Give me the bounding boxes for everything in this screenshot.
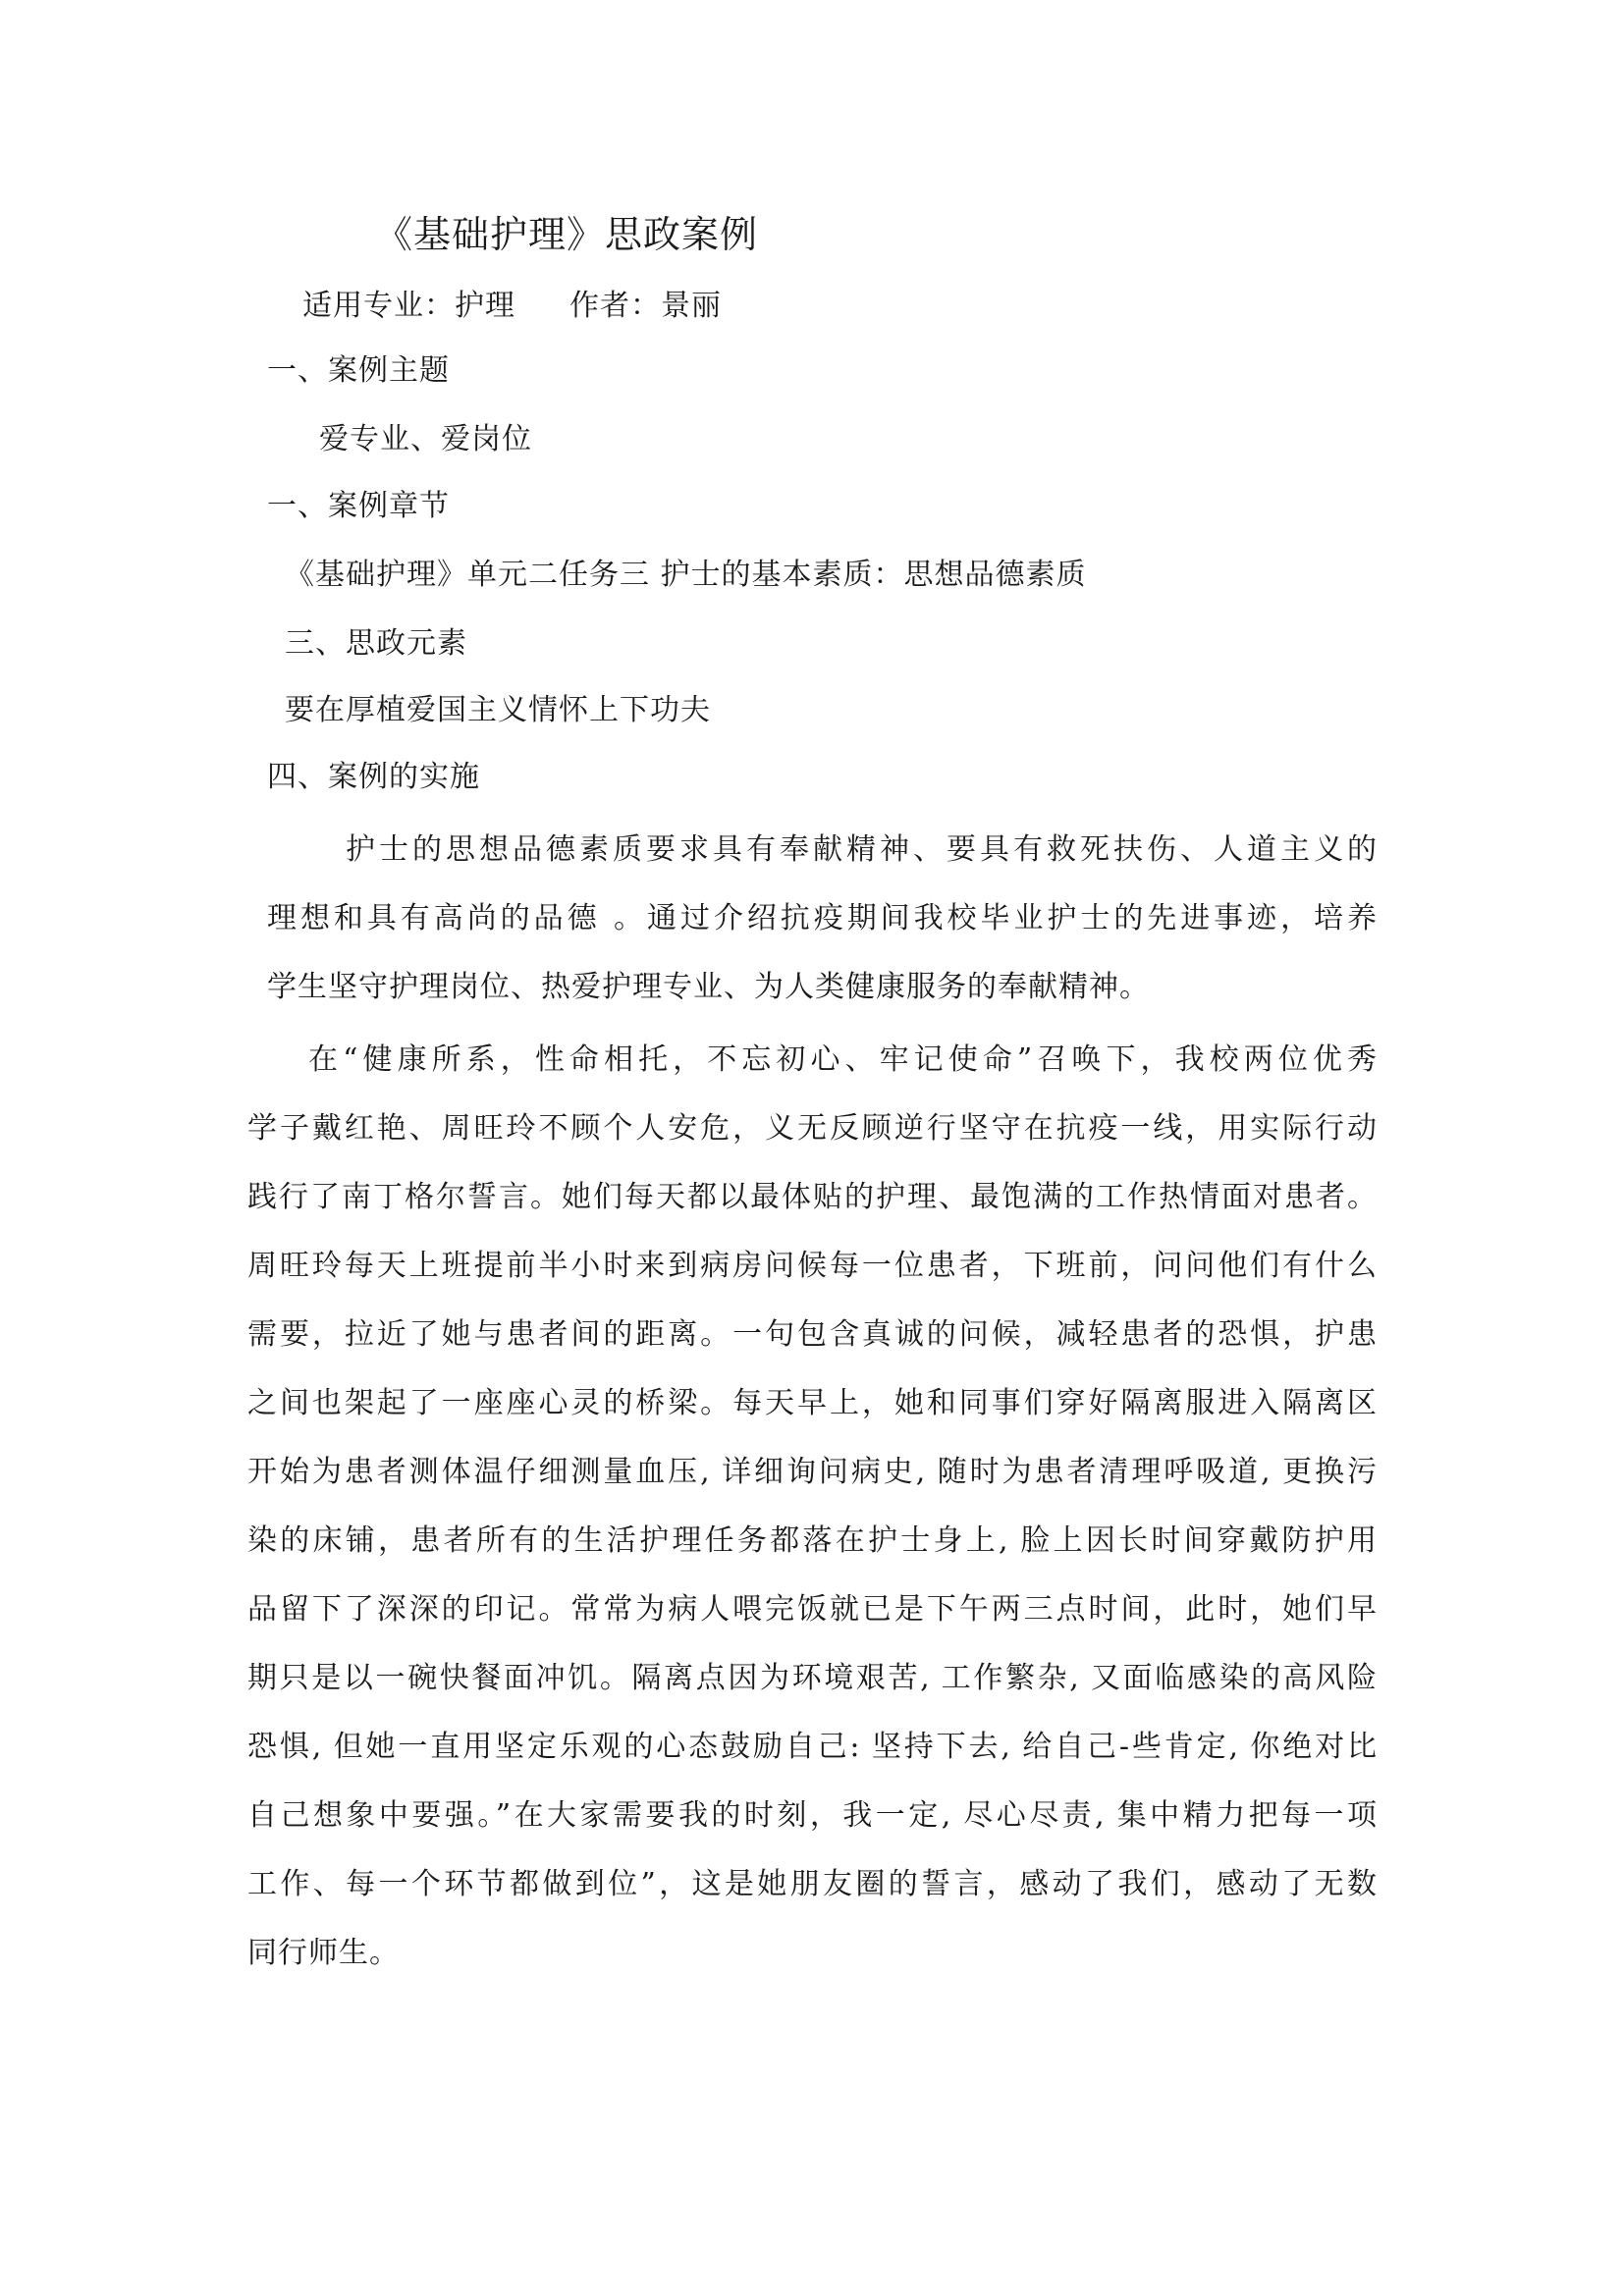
paragraph-line: 品留下了深深的印记。常常为病人喂完饭就已是下午两三点时间，此时，她们早 — [247, 1590, 1377, 1629]
section-heading-elements: 三、思政元素 — [285, 624, 467, 664]
paragraph-line: 工作、每一个环节都做到位”，这是她朋友圈的誓言，感动了我们，感动了无数 — [247, 1865, 1377, 1904]
section-heading-theme: 一、案例主题 — [267, 351, 450, 391]
paragraph-line: 学子戴红艳、周旺玲不顾个人安危，义无反顾逆行坚守在抗疫一线，用实际行动 — [247, 1109, 1377, 1148]
section-content-elements: 要在厚植爱国主义情怀上下功夫 — [285, 691, 711, 730]
section-content-theme: 爱专业、爱岗位 — [319, 420, 532, 459]
document-page: 《基础护理》思政案例 适用专业：护理 作者：景丽 一、案例主题 爱专业、爱岗位 … — [0, 0, 1624, 2296]
paragraph-line: 同行师生。 — [247, 1934, 400, 1973]
paragraph-line: 之间也架起了一座座心灵的桥梁。每天早上，她和同事们穿好隔离服进入隔离区 — [247, 1384, 1377, 1423]
paragraph-line: 理想和具有高尚的品德 。通过介绍抗疫期间我校毕业护士的先进事迹，培养 — [267, 899, 1377, 938]
paragraph-line: 染的床铺，患者所有的生活护理任务都落在护士身上, 脸上因长时间穿戴防护用 — [247, 1522, 1377, 1561]
paragraph-line: 周旺玲每天上班提前半小时来到病房问候每一位患者，下班前，问问他们有什么 — [247, 1247, 1377, 1286]
major-label: 适用专业：护理 — [302, 287, 515, 326]
paragraph-line: 在“健康所系，性命相托，不忘初心、牢记使命”召唤下，我校两位优秀 — [308, 1041, 1377, 1080]
author-label: 作者：景丽 — [569, 287, 722, 326]
paragraph-line: 自己想象中要强。”在大家需要我的时刻，我一定, 尽心尽责, 集中精力把每一项 — [247, 1796, 1377, 1836]
paragraph-line: 开始为患者测体温仔细测量血压, 详细询问病史, 随时为患者清理呼吸道, 更换污 — [247, 1453, 1377, 1492]
paragraph-line: 恐惧, 但她一直用坚定乐观的心态鼓励自己: 坚持下去, 给自己-些肯定, 你绝对… — [247, 1728, 1377, 1767]
section-content-chapter: 《基础护理》单元二任务三 护士的基本素质：思想品德素质 — [285, 556, 1087, 595]
paragraph-line: 护士的思想品德素质要求具有奉献精神、要具有救死扶伤、人道主义的 — [346, 830, 1377, 870]
paragraph-line: 学生坚守护理岗位、热爱护理专业、为人类健康服务的奉献精神。 — [267, 968, 1150, 1007]
section-heading-chapter: 一、案例章节 — [267, 487, 450, 526]
paragraph-line: 践行了南丁格尔誓言。她们每天都以最体贴的护理、最饱满的工作热情面对患者。 — [247, 1178, 1377, 1217]
paragraph-line: 需要，拉近了她与患者间的距离。一句包含真诚的问候，减轻患者的恐惧，护患 — [247, 1315, 1377, 1355]
section-heading-implementation: 四、案例的实施 — [267, 758, 480, 797]
paragraph-line: 期只是以一碗快餐面冲饥。隔离点因为环境艰苦, 工作繁杂, 又面临感染的高风险 — [247, 1659, 1377, 1698]
document-title: 《基础护理》思政案例 — [375, 211, 758, 258]
